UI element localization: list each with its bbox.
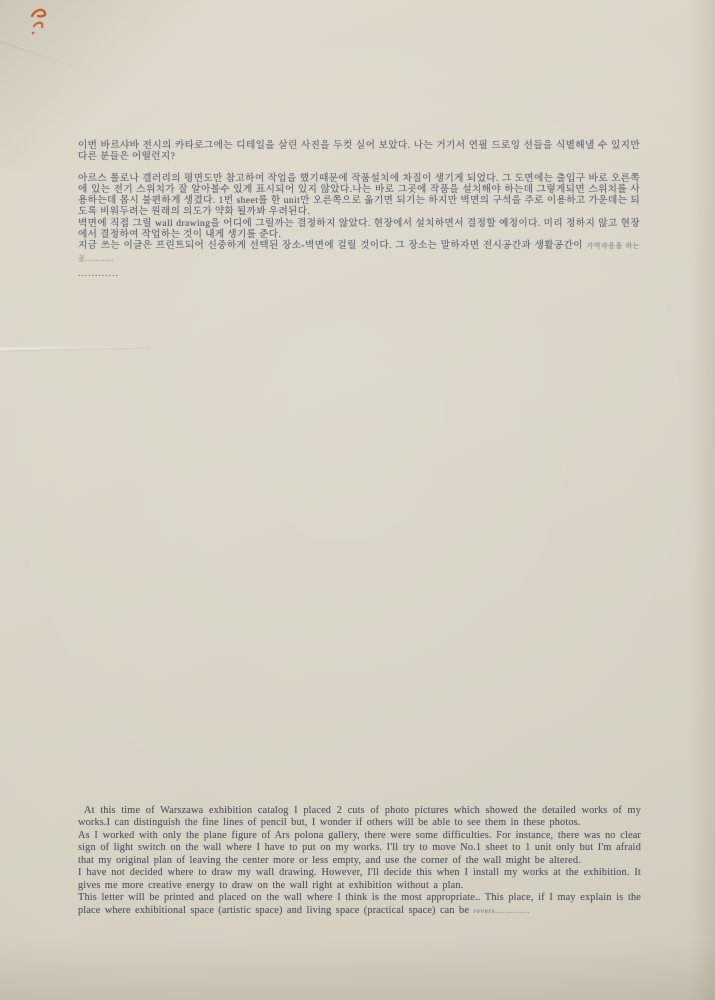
ellipsis-line: ............ — [78, 268, 640, 279]
korean-paragraph: 벽면에 직접 그릴 wall drawing을 어디에 그릴까는 결정하지 않았… — [78, 218, 640, 241]
english-closing-text: This letter will be printed and placed o… — [78, 892, 641, 915]
english-paragraph: I have not decided where to draw my wall… — [78, 867, 641, 892]
paper-crease — [0, 40, 109, 79]
english-text-block: At this time of Warszawa exhibition cata… — [78, 805, 641, 917]
paper-crease — [0, 344, 150, 350]
korean-text-block: 이번 바르샤바 전시의 카타로그에는 디테일을 살린 사진을 두컷 실어 보았다… — [78, 140, 640, 279]
korean-paragraph: 이번 바르샤바 전시의 카타로그에는 디테일을 살린 사진을 두컷 실어 보았다… — [78, 140, 640, 163]
paper-right-shadow — [689, 0, 715, 1000]
paper-bottom-shadow — [0, 940, 715, 1000]
korean-closing-text: 지금 쓰는 이글은 프린트되어 신중하게 선택된 장소-벽면에 걸릴 것이다. … — [78, 240, 586, 251]
scanned-letter-page: 이번 바르샤바 전시의 카타로그에는 디테일을 살린 사진을 두컷 실어 보았다… — [0, 0, 715, 1000]
english-paragraph-closing: This letter will be printed and placed o… — [78, 892, 641, 917]
english-faded-tail: revers.............. — [473, 906, 530, 915]
korean-paragraph: 아르스 폴로나 갤러리의 평면도만 참고하여 작업을 했기때문에 작품설치에 차… — [78, 173, 640, 218]
korean-paragraph-closing: 지금 쓰는 이글은 프린트되어 신중하게 선택된 장소-벽면에 걸릴 것이다. … — [78, 240, 640, 265]
english-paragraph: At this time of Warszawa exhibition cata… — [78, 805, 641, 830]
english-paragraph: As I worked with only the plane figure o… — [78, 830, 641, 867]
red-ink-scribble-mark — [26, 4, 56, 40]
